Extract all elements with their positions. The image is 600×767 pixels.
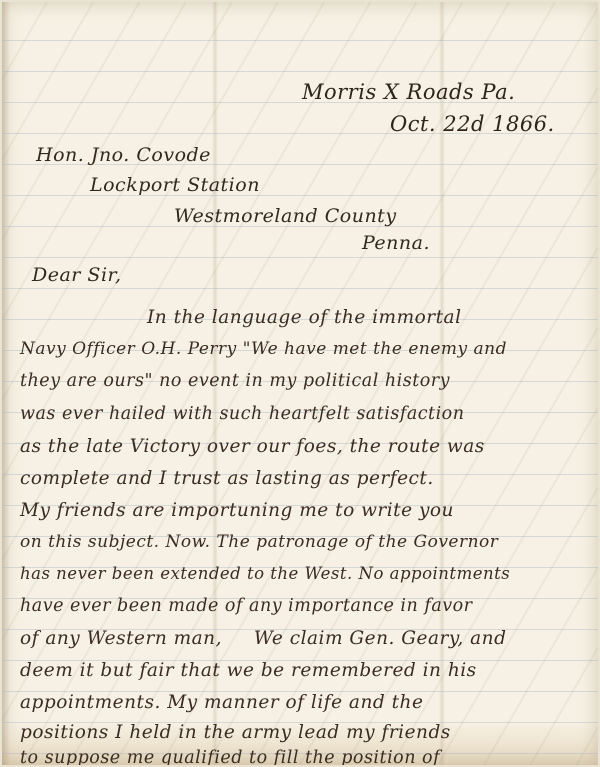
recipient-address-line3: Penna. — [362, 232, 430, 254]
dateline-date: Oct. 22d 1866. — [390, 112, 555, 136]
body-line: has never been extended to the West. No … — [20, 564, 510, 583]
body-line: on this subject. Now. The patronage of t… — [20, 532, 498, 552]
body-line: was ever hailed with such heartfelt sati… — [20, 404, 465, 424]
body-line: deem it but fair that we be remembered i… — [20, 660, 477, 681]
recipient-address-line1: Lockport Station — [90, 174, 260, 196]
body-line: complete and I trust as lasting as perfe… — [20, 468, 434, 489]
dateline-place: Morris X Roads Pa. — [302, 80, 515, 104]
body-line: to suppose me qualified to fill the posi… — [20, 748, 440, 765]
letter-page: Morris X Roads Pa. Oct. 22d 1866. Hon. J… — [2, 2, 598, 765]
body-line: have ever been made of any importance in… — [20, 596, 473, 616]
body-line: positions I held in the army lead my fri… — [20, 722, 451, 743]
body-line: Navy Officer O.H. Perry "We have met the… — [20, 339, 507, 359]
body-line: appointments. My manner of life and the — [20, 692, 423, 713]
recipient-name: Hon. Jno. Covode — [36, 144, 211, 166]
body-line: they are ours" no event in my political … — [20, 371, 450, 391]
body-line: In the language of the immortal — [147, 307, 462, 328]
recipient-address-line2: Westmoreland County — [174, 205, 397, 227]
body-line: as the late Victory over our foes, the r… — [20, 436, 485, 457]
body-line: of any Western man, We claim Gen. Geary,… — [20, 628, 506, 649]
body-line: My friends are importuning me to write y… — [20, 500, 454, 521]
salutation: Dear Sir, — [32, 264, 122, 286]
